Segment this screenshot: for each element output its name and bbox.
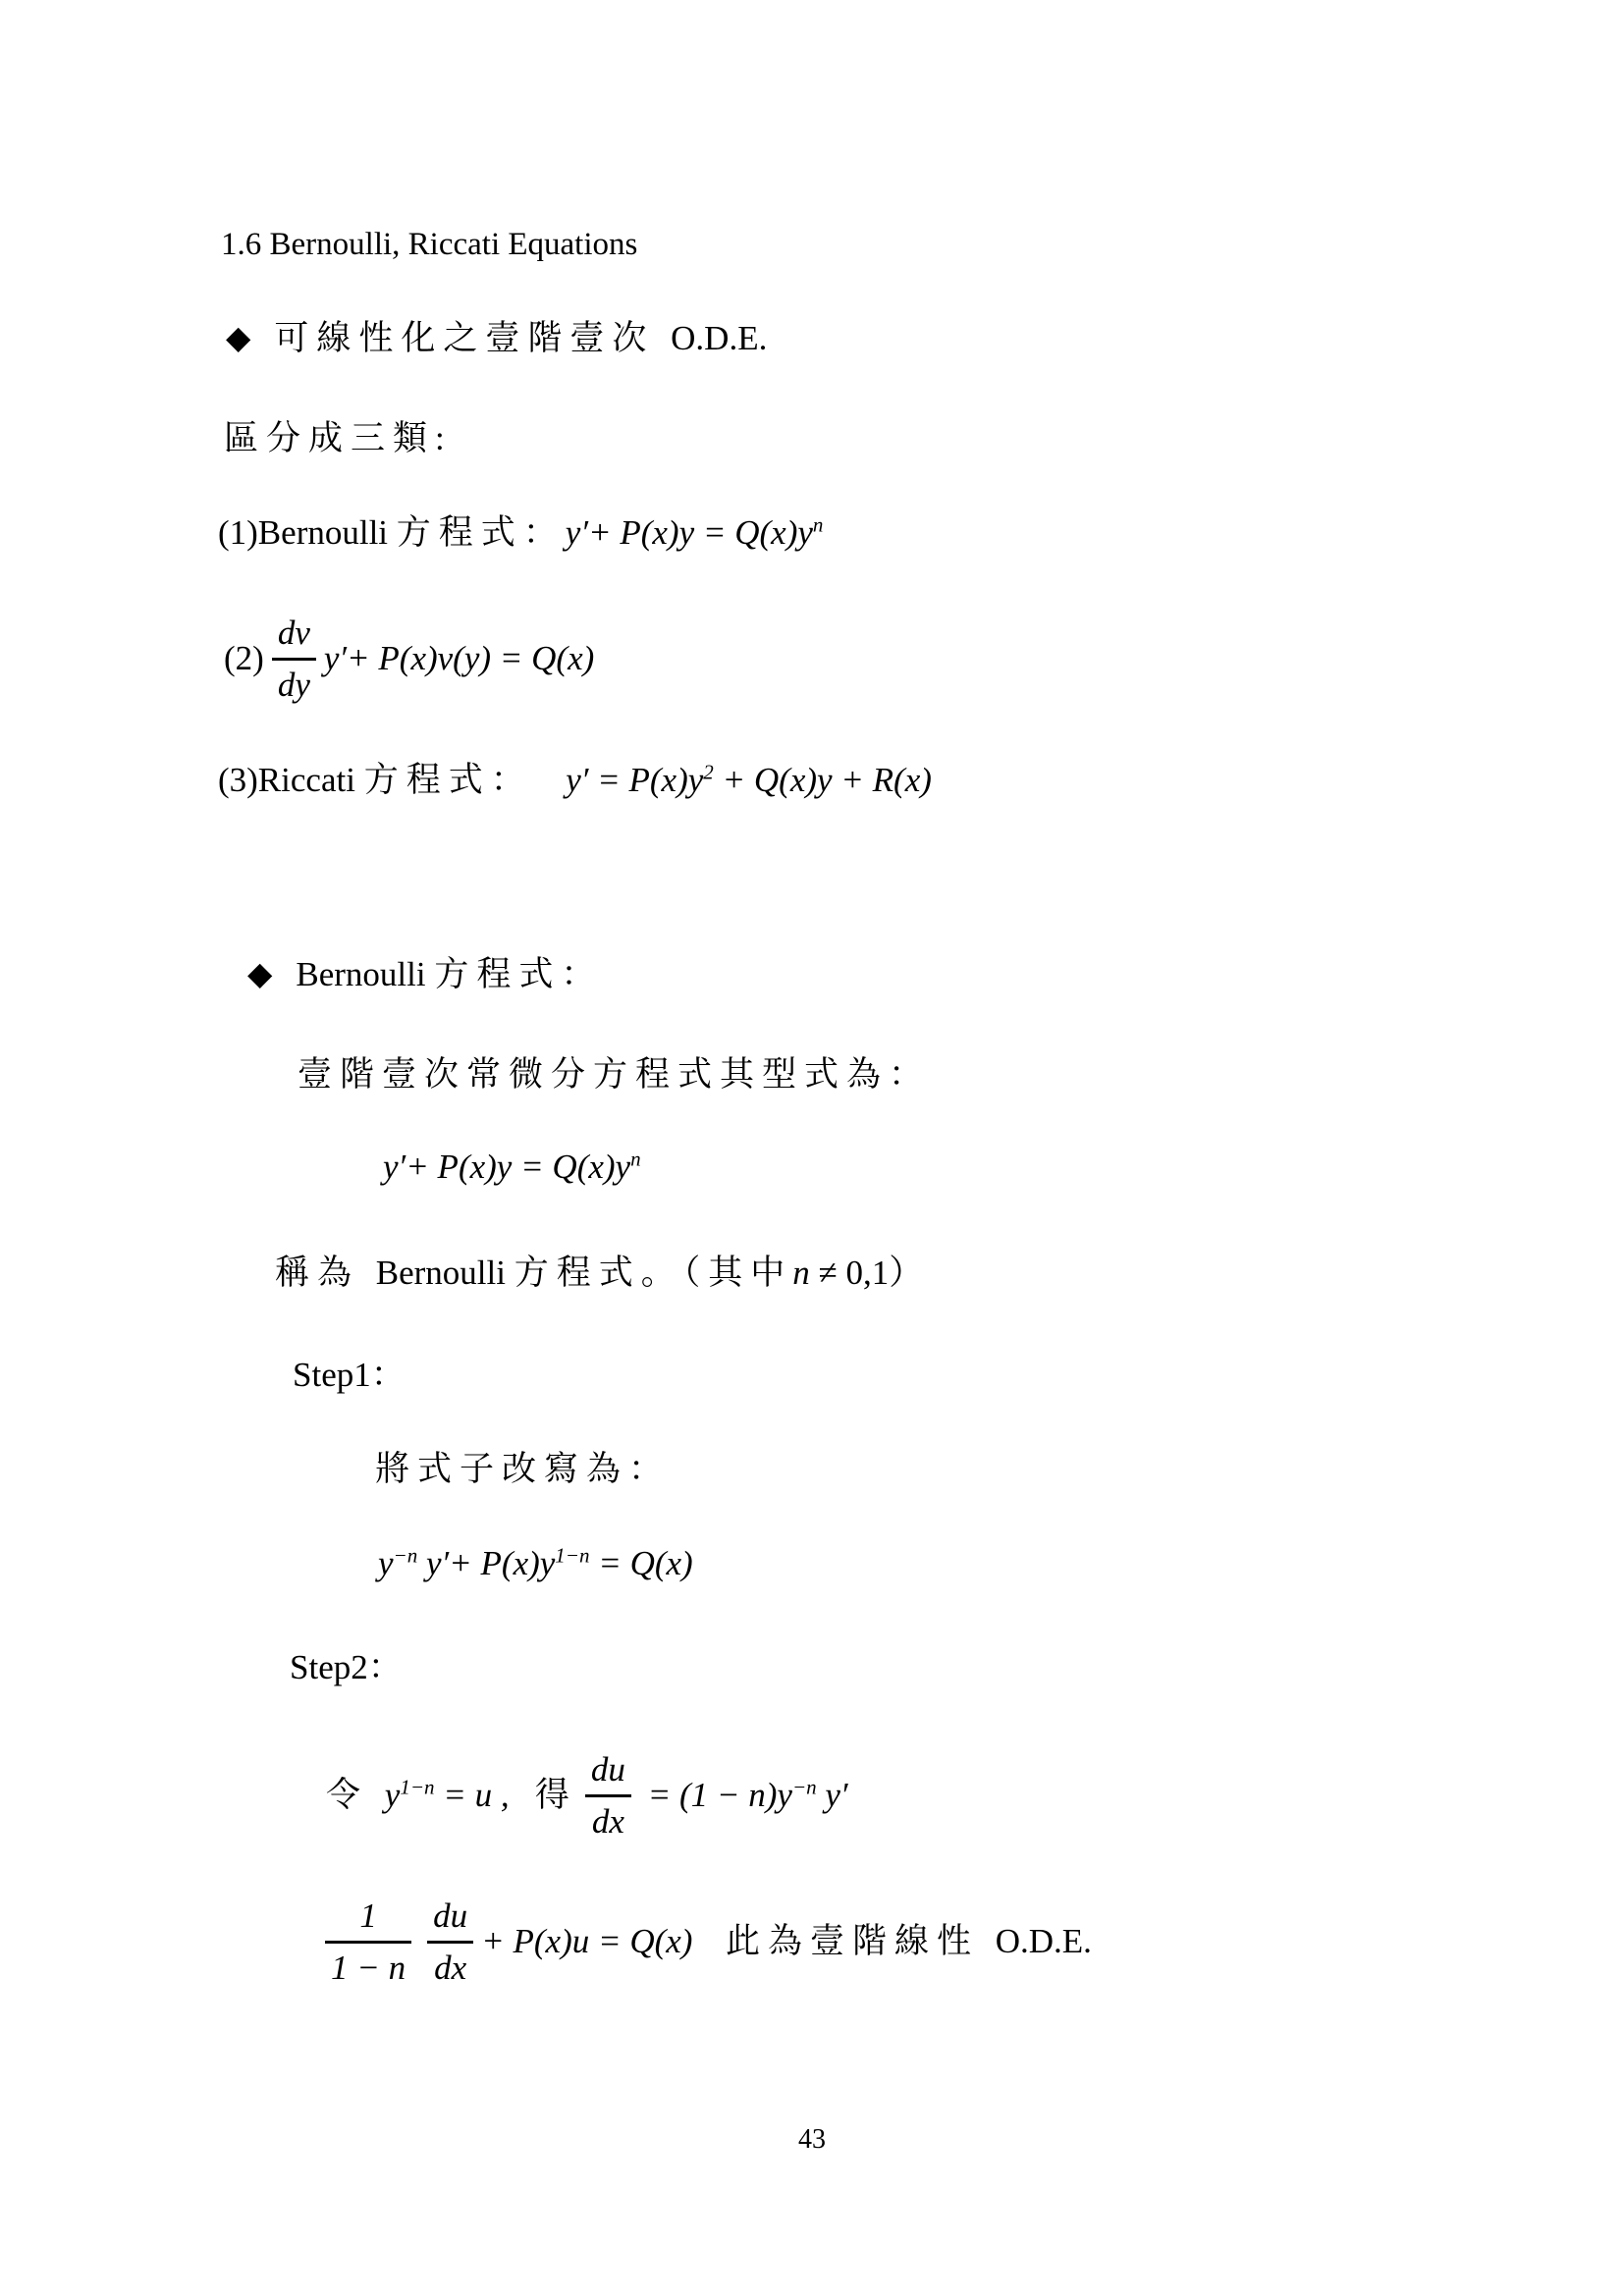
linear-eq-fraction2: du dx [427,1894,473,1990]
step2-sub-fraction-numerator: du [585,1747,631,1794]
linear-eq-note-en: O.D.E. [996,1919,1092,1964]
step2-sub-b2: = u , [434,1776,534,1814]
step1-b1: y [378,1544,394,1582]
called-zh1: 稱為 [275,1251,376,1296]
linear-eq-fraction2-numerator: du [427,1894,473,1941]
classification-line: 區分成三類: [224,416,453,461]
step2-sub-zh1: 令 [326,1773,385,1818]
step2-sub-formula1: y1−n = u , [385,1773,535,1818]
type3-zh: 方程式： [364,758,567,803]
step1-formula: y−n y′+ P(x)y1−n = Q(x) [378,1541,693,1586]
called-close-paren: ） [889,1251,931,1296]
linear-eq-note-zh: 此為壹階線性 [692,1919,995,1964]
linear-eq-fraction1: 1 1 − n [325,1894,411,1990]
step1-instruction-text: 將式子改寫為： [375,1447,671,1492]
form-intro-line: 壹階壹次常微分方程式其型式為： [298,1052,931,1097]
type2-fraction-denominator: dy [272,658,316,708]
bernoulli-section-heading: ◆ Bernoulli 方程式： [247,952,603,997]
step1-s2: 1−n [555,1543,589,1567]
type2-label: (2) [224,636,264,681]
bernoulli-heading-en: Bernoulli [296,952,434,997]
called-condition-rest: ≠ 0,1 [810,1251,889,1296]
type3-formula-body1: y′ = P(x)y [566,761,703,799]
intro-heading-en: O.D.E. [671,316,767,361]
step2-sub-s2: −n [792,1776,817,1799]
classification-text: 區分成三類: [224,416,453,461]
step2-substitution-equation: 令 y1−n = u , 得 du dx = (1 − n)y−n y′ [326,1747,848,1843]
step1-label-text: Step1： [293,1353,406,1398]
type1-formula-body: y′+ P(x)y = Q(x)y [566,513,813,552]
type3-riccati-equation: (3)Riccati 方程式： y′ = P(x)y2 + Q(x)y + R(… [218,758,932,803]
step1-label: Step1： [293,1353,406,1398]
called-en: Bernoulli [376,1251,514,1296]
standard-form-equation: y′+ P(x)y = Q(x)yn [383,1145,641,1190]
type2-fraction: dv dy [272,611,316,707]
standard-form-exponent: n [630,1147,641,1170]
intro-heading-zh: 可線性化之壹階壹次 [274,316,671,361]
called-zh2: 方程式。（其中 [514,1251,793,1296]
linear-eq-fraction2-denominator: dx [427,1941,473,1991]
diamond-bullet-icon: ◆ [226,317,250,359]
linear-eq-fraction1-denominator: 1 − n [325,1941,411,1991]
step2-sub-b3: = (1 − n)y [639,1776,792,1814]
step1-s1: −n [394,1543,418,1567]
step2-sub-b1: y [385,1776,401,1814]
step2-sub-fraction-denominator: dx [585,1794,631,1844]
type1-formula: y′+ P(x)y = Q(x)yn [566,510,824,556]
document-page: 1.6 Bernoulli, Riccati Equations ◆ 可線性化之… [0,0,1624,2296]
step2-sub-formula2: = (1 − n)y−n y′ [639,1773,848,1818]
section-title-text: 1.6 Bernoulli, Riccati Equations [221,224,637,266]
step1-equation: y−n y′+ P(x)y1−n = Q(x) [378,1541,693,1586]
type1-zh: 方程式： [397,510,566,556]
step2-label: Step2： [290,1645,403,1690]
standard-form-formula: y′+ P(x)y = Q(x)yn [383,1145,641,1190]
page-number: 43 [0,2124,1624,2156]
type3-formula: y′ = P(x)y2 + Q(x)y + R(x) [566,758,932,803]
linear-eq-fraction1-numerator: 1 [325,1894,411,1941]
step2-sub-zh2: 得 [535,1773,577,1818]
step1-instruction: 將式子改寫為： [375,1447,671,1492]
form-intro-text: 壹階壹次常微分方程式其型式為： [298,1052,931,1097]
type2-formula-body: y′+ P(x)v(y) = Q(x) [324,636,594,681]
called-condition-var: n [792,1251,810,1296]
intro-heading: ◆ 可線性化之壹階壹次 O.D.E. [226,316,767,361]
step2-sub-s1: 1−n [400,1776,434,1799]
bernoulli-heading-zh: 方程式： [434,952,603,997]
step2-linear-equation: 1 1 − n du dx + P(x)u = Q(x) 此為壹階線性 O.D.… [317,1894,1092,1990]
type1-label: (1)Bernoulli [218,510,397,556]
type2-equation: (2) dv dy y′+ P(x)v(y) = Q(x) [224,611,594,707]
step2-sub-b4: y′ [817,1776,848,1814]
diamond-bullet-icon: ◆ [247,953,272,995]
step1-b3: = Q(x) [589,1544,692,1582]
step1-b2: y′+ P(x)y [417,1544,555,1582]
type3-label: (3)Riccati [218,758,364,803]
section-title: 1.6 Bernoulli, Riccati Equations [221,224,637,266]
type1-bernoulli-equation: (1)Bernoulli 方程式： y′+ P(x)y = Q(x)yn [218,510,823,556]
called-bernoulli-line: 稱為 Bernoulli 方程式。（其中 n ≠ 0,1 ） [275,1251,931,1296]
step2-label-text: Step2： [290,1645,403,1690]
type3-formula-exponent: 2 [703,760,714,783]
standard-form-body: y′+ P(x)y = Q(x)y [383,1148,630,1186]
type3-formula-body2: + Q(x)y + R(x) [714,761,932,799]
linear-eq-body: + P(x)u = Q(x) [481,1919,692,1964]
step2-sub-fraction: du dx [585,1747,631,1843]
type1-formula-exponent: n [813,512,824,536]
type2-fraction-numerator: dv [272,611,316,658]
